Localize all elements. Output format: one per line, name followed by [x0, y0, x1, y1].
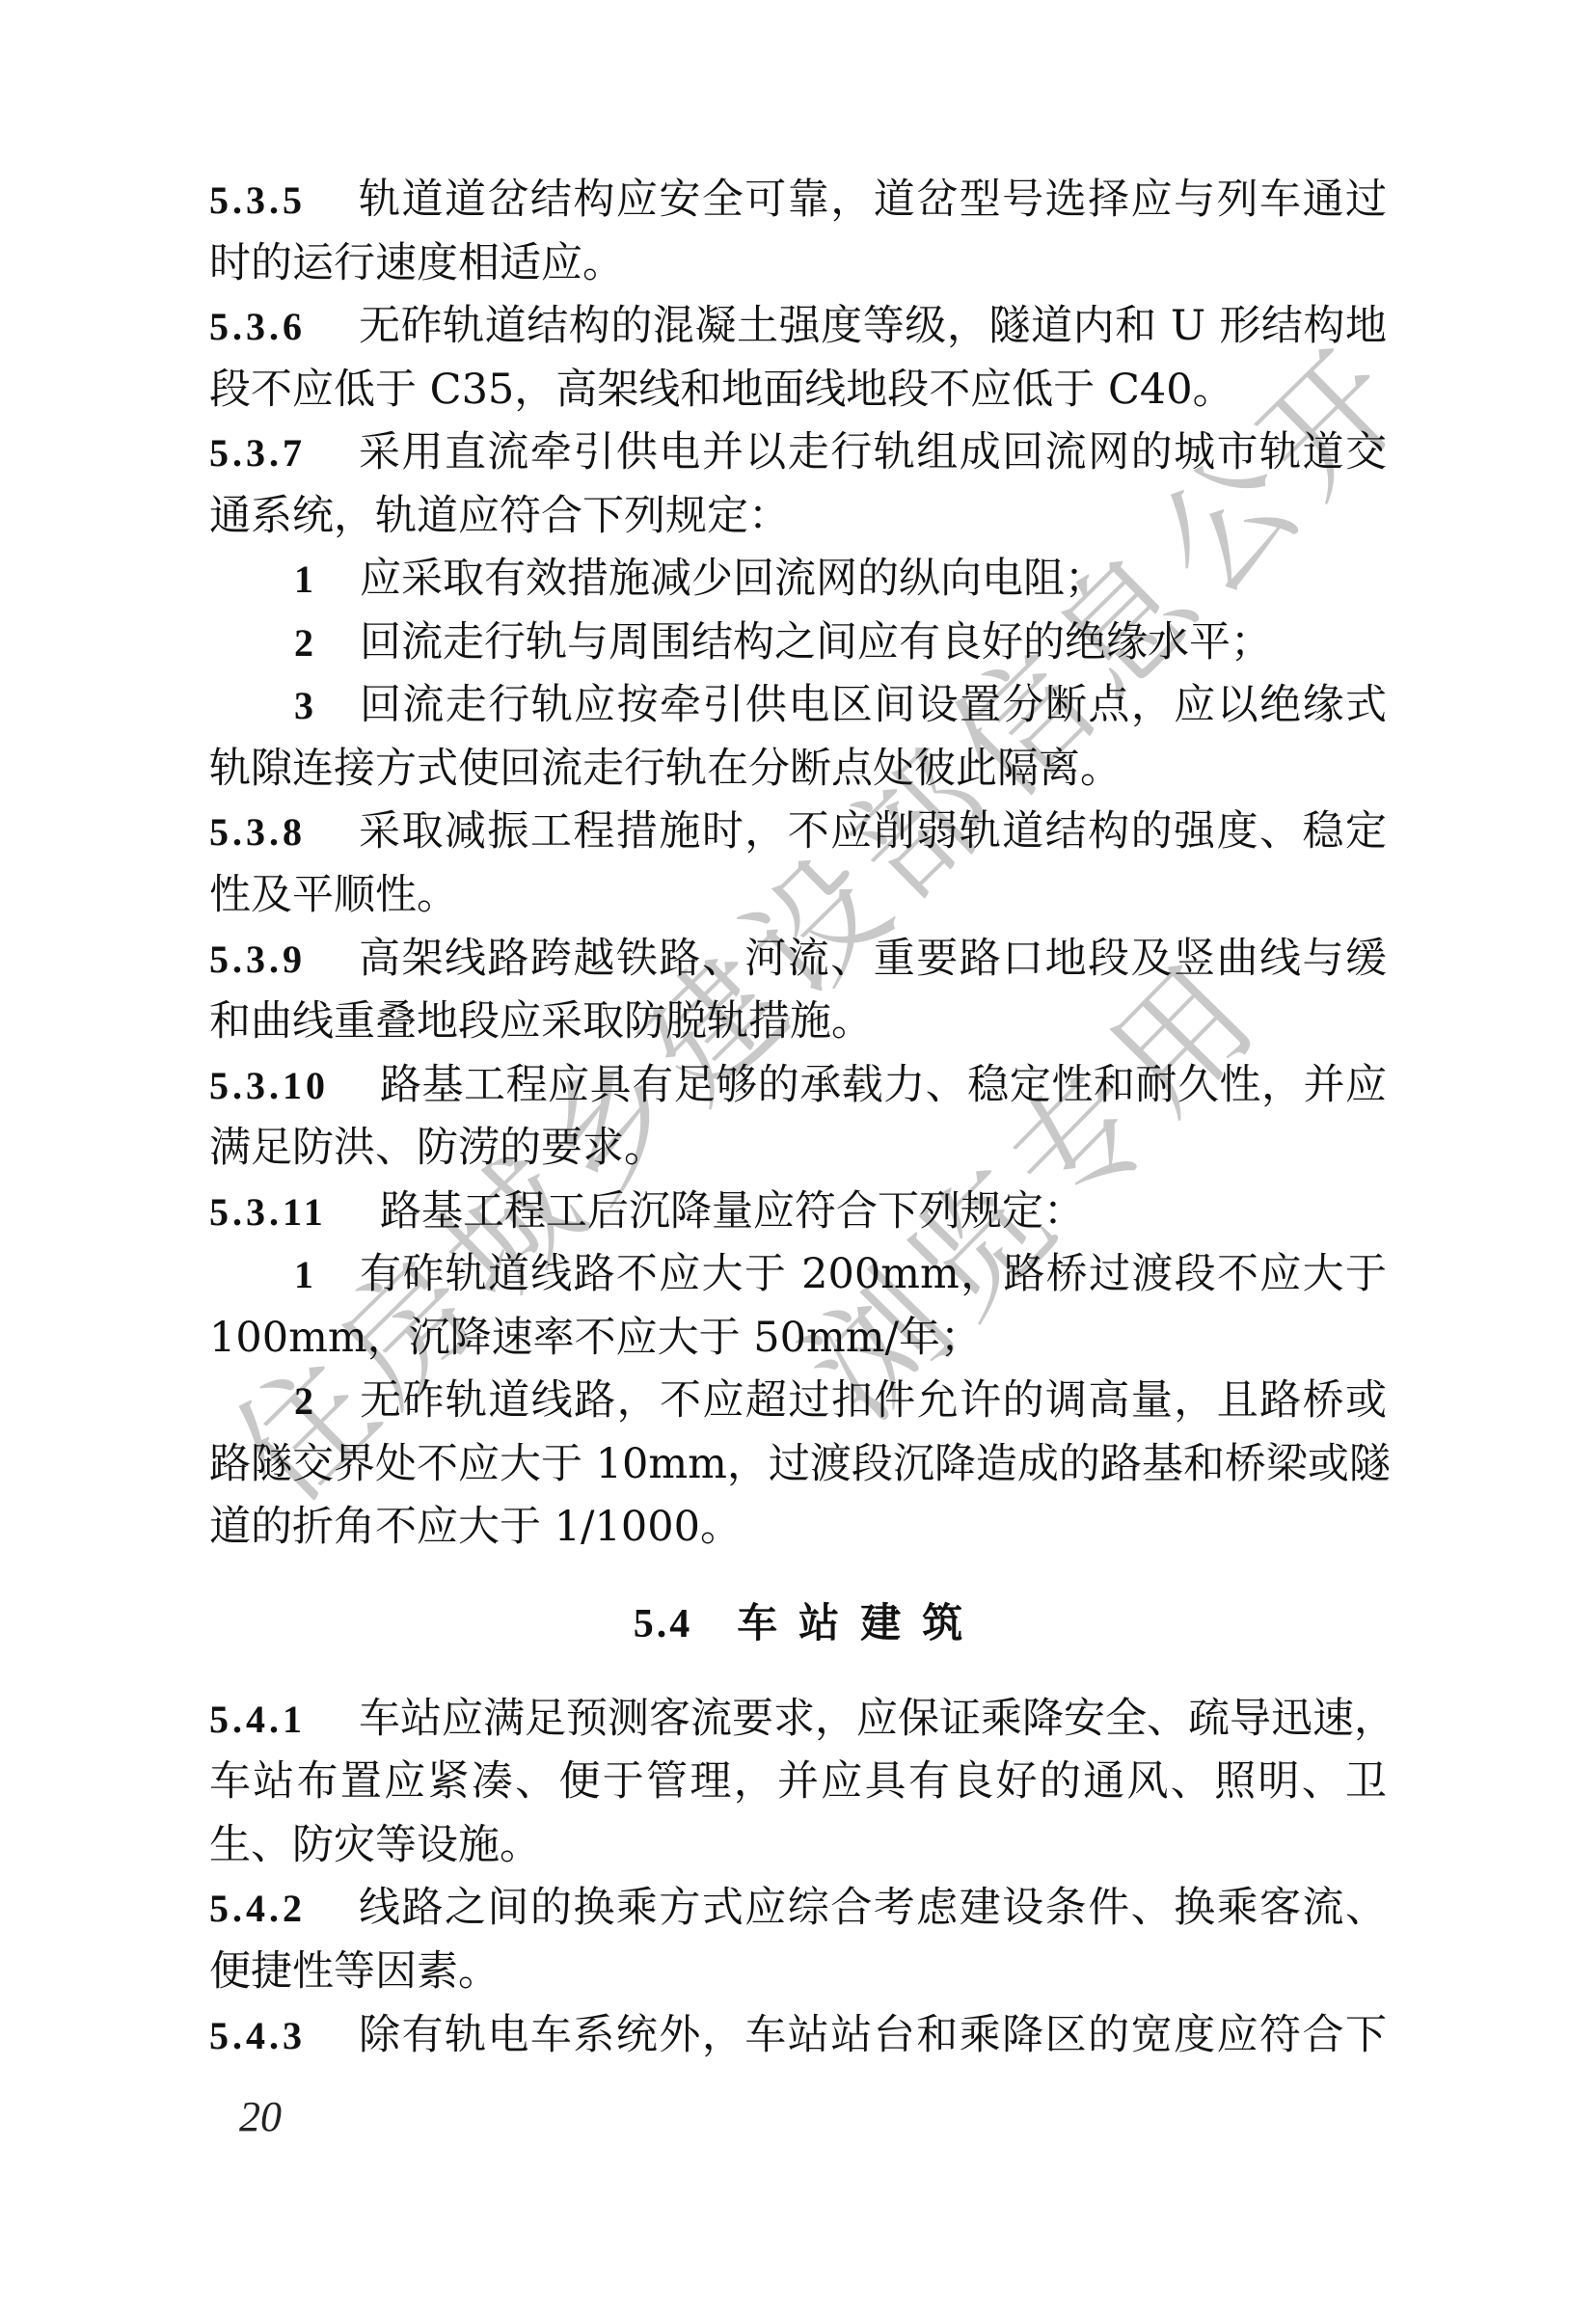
section-number: 5.4 [634, 1602, 693, 1646]
list-item-3: 3 回流走行轨应按牵引供电区间设置分断点，应以绝缘式 [209, 674, 1387, 738]
item-text: 应采取有效措施减少回流网的纵向电阻； [360, 548, 1387, 612]
list-item-1: 1 应采取有效措施减少回流网的纵向电阻； [209, 548, 1387, 612]
document-page: 住房城乡建设部信息公开 浏览专用 5.3.5 轨道道岔结构应安全可靠，道岔型号选… [0, 0, 1596, 2311]
section-heading-5-4: 5.4车站建筑 [209, 1591, 1387, 1655]
clause-number: 5.4.3 [209, 2004, 359, 2068]
clause-number: 5.4.1 [209, 1688, 359, 1752]
clause-text: 车站应满足预测客流要求，应保证乘降安全、疏导迅速， [359, 1688, 1387, 1752]
clause-text: 通系统，轨道应符合下列规定： [209, 485, 1387, 549]
section-5-4: 5.4.1 车站应满足预测客流要求，应保证乘降安全、疏导迅速， 车站布置应紧凑、… [209, 1688, 1387, 2067]
clause-number: 5.4.2 [209, 1877, 359, 1941]
clause-text: 时的运行速度相适应。 [209, 232, 1387, 296]
item-line: 100mm，沉降速率不应大于 50mm/年； [209, 1307, 1387, 1371]
clause-line: 性及平顺性。 [209, 864, 1387, 928]
item-text: 回流走行轨与周围结构之间应有良好的绝缘水平； [360, 612, 1387, 675]
item-text: 100mm，沉降速率不应大于 50mm/年； [209, 1307, 1387, 1371]
clause-line: 生、防灾等设施。 [209, 1814, 1387, 1878]
clause-text: 高架线路跨越铁路、河流、重要路口地段及竖曲线与缓 [359, 928, 1387, 992]
clause-text: 除有轨电车系统外，车站站台和乘降区的宽度应符合下 [359, 2004, 1387, 2068]
clause-text: 车站布置应紧凑、便于管理，并应具有良好的通风、照明、卫 [209, 1751, 1387, 1814]
clause-line: 5.3.6 无砟轨道结构的混凝土强度等级，隧道内和 U 形结构地 [209, 295, 1387, 359]
clause-line: 5.3.7 采用直流牵引供电并以走行轨组成回流网的城市轨道交 [209, 421, 1387, 485]
item-text: 无砟轨道线路，不应超过扣件允许的调高量，且路桥或 [360, 1370, 1387, 1433]
clause-line: 和曲线重叠地段应采取防脱轨措施。 [209, 991, 1387, 1054]
clause-number: 5.3.8 [209, 801, 359, 864]
clause-text: 便捷性等因素。 [209, 1941, 1387, 2004]
clause-line: 5.3.9 高架线路跨越铁路、河流、重要路口地段及竖曲线与缓 [209, 928, 1387, 992]
item-number: 1 [294, 1243, 360, 1307]
clause-line: 满足防洪、防涝的要求。 [209, 1117, 1387, 1181]
clause-text: 线路之间的换乘方式应综合考虑建设条件、换乘客流、 [359, 1877, 1387, 1941]
item-text: 轨隙连接方式使回流走行轨在分断点处彼此隔离。 [209, 738, 1387, 802]
clause-5-3-5: 5.3.5 轨道道岔结构应安全可靠，道岔型号选择应与列车通过 时的运行速度相适应… [209, 169, 1387, 295]
item-number: 1 [294, 548, 360, 612]
list-item-2: 2 无砟轨道线路，不应超过扣件允许的调高量，且路桥或 [209, 1370, 1387, 1433]
clause-number: 5.3.9 [209, 928, 359, 992]
item-line: 路隧交界处不应大于 10mm，过渡段沉降造成的路基和桥梁或隧 [209, 1433, 1387, 1497]
clause-5-3-9: 5.3.9 高架线路跨越铁路、河流、重要路口地段及竖曲线与缓 和曲线重叠地段应采… [209, 928, 1387, 1054]
clause-text: 轨道道岔结构应安全可靠，道岔型号选择应与列车通过 [359, 169, 1387, 232]
clause-5-3-6: 5.3.6 无砟轨道结构的混凝土强度等级，隧道内和 U 形结构地 段不应低于 C… [209, 295, 1387, 421]
clause-number: 5.3.5 [209, 169, 359, 232]
clause-line: 5.4.2 线路之间的换乘方式应综合考虑建设条件、换乘客流、 [209, 1877, 1387, 1941]
item-number: 3 [294, 674, 360, 738]
clause-line: 便捷性等因素。 [209, 1941, 1387, 2004]
clause-text: 路基工程工后沉降量应符合下列规定： [380, 1181, 1387, 1244]
clause-number: 5.3.6 [209, 295, 359, 359]
clause-5-3-7: 5.3.7 采用直流牵引供电并以走行轨组成回流网的城市轨道交 通系统，轨道应符合… [209, 421, 1387, 801]
clause-line: 5.4.3 除有轨电车系统外，车站站台和乘降区的宽度应符合下 [209, 2004, 1387, 2068]
item-text: 回流走行轨应按牵引供电区间设置分断点，应以绝缘式 [360, 674, 1387, 738]
clause-line: 5.3.10 路基工程应具有足够的承载力、稳定性和耐久性，并应 [209, 1054, 1387, 1118]
clause-5-4-1: 5.4.1 车站应满足预测客流要求，应保证乘降安全、疏导迅速， 车站布置应紧凑、… [209, 1688, 1387, 1878]
clause-line: 车站布置应紧凑、便于管理，并应具有良好的通风、照明、卫 [209, 1751, 1387, 1814]
page-number: 20 [239, 2085, 282, 2149]
item-text: 道的折角不应大于 1/1000。 [209, 1496, 1387, 1560]
section-title: 车站建筑 [737, 1599, 984, 1646]
clause-text: 和曲线重叠地段应采取防脱轨措施。 [209, 991, 1387, 1054]
clause-5-4-2: 5.4.2 线路之间的换乘方式应综合考虑建设条件、换乘客流、 便捷性等因素。 [209, 1877, 1387, 2003]
clause-text: 路基工程应具有足够的承载力、稳定性和耐久性，并应 [380, 1054, 1387, 1118]
item-number: 2 [294, 1370, 360, 1433]
clause-line: 段不应低于 C35，高架线和地面线地段不应低于 C40。 [209, 359, 1387, 422]
list-item-2: 2 回流走行轨与周围结构之间应有良好的绝缘水平； [209, 612, 1387, 675]
item-line: 轨隙连接方式使回流走行轨在分断点处彼此隔离。 [209, 738, 1387, 802]
section-5-3: 5.3.5 轨道道岔结构应安全可靠，道岔型号选择应与列车通过 时的运行速度相适应… [209, 169, 1387, 1560]
clause-line: 时的运行速度相适应。 [209, 232, 1387, 296]
clause-text: 无砟轨道结构的混凝土强度等级，隧道内和 U 形结构地 [359, 295, 1387, 359]
clause-number: 5.3.10 [209, 1054, 380, 1118]
clause-5-3-10: 5.3.10 路基工程应具有足够的承载力、稳定性和耐久性，并应 满足防洪、防涝的… [209, 1054, 1387, 1181]
item-number: 2 [294, 612, 360, 675]
item-line: 道的折角不应大于 1/1000。 [209, 1496, 1387, 1560]
clause-text: 采用直流牵引供电并以走行轨组成回流网的城市轨道交 [359, 421, 1387, 485]
clause-line: 5.4.1 车站应满足预测客流要求，应保证乘降安全、疏导迅速， [209, 1688, 1387, 1752]
clause-number: 5.3.7 [209, 421, 359, 485]
item-text: 有砟轨道线路不应大于 200mm，路桥过渡段不应大于 [360, 1243, 1387, 1307]
clause-text: 采取减振工程措施时，不应削弱轨道结构的强度、稳定 [359, 801, 1387, 864]
clause-text: 生、防灾等设施。 [209, 1814, 1387, 1878]
clause-5-4-3: 5.4.3 除有轨电车系统外，车站站台和乘降区的宽度应符合下 [209, 2004, 1387, 2068]
clause-5-3-8: 5.3.8 采取减振工程措施时，不应削弱轨道结构的强度、稳定 性及平顺性。 [209, 801, 1387, 927]
page-body: 5.3.5 轨道道岔结构应安全可靠，道岔型号选择应与列车通过 时的运行速度相适应… [209, 169, 1387, 2067]
clause-text: 段不应低于 C35，高架线和地面线地段不应低于 C40。 [209, 359, 1387, 422]
clause-line: 5.3.8 采取减振工程措施时，不应削弱轨道结构的强度、稳定 [209, 801, 1387, 864]
item-text: 路隧交界处不应大于 10mm，过渡段沉降造成的路基和桥梁或隧 [209, 1433, 1387, 1497]
list-item-1: 1 有砟轨道线路不应大于 200mm，路桥过渡段不应大于 [209, 1243, 1387, 1307]
clause-line: 5.3.11 路基工程工后沉降量应符合下列规定： [209, 1181, 1387, 1244]
clause-number: 5.3.11 [209, 1181, 380, 1244]
clause-line: 5.3.5 轨道道岔结构应安全可靠，道岔型号选择应与列车通过 [209, 169, 1387, 232]
clause-text: 性及平顺性。 [209, 864, 1387, 928]
clause-text: 满足防洪、防涝的要求。 [209, 1117, 1387, 1181]
clause-line: 通系统，轨道应符合下列规定： [209, 485, 1387, 549]
clause-5-3-11: 5.3.11 路基工程工后沉降量应符合下列规定： 1 有砟轨道线路不应大于 20… [209, 1181, 1387, 1560]
